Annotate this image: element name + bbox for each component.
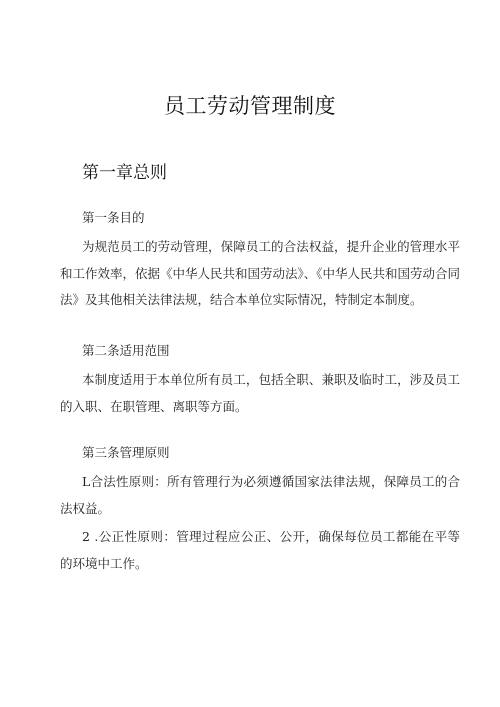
article-scope: 第二条适用范围 本制度适用于本单位所有员工，包括全职、兼职及临时工，涉及员工的入…	[60, 341, 460, 420]
article-heading: 第三条管理原则	[60, 443, 460, 463]
chapter-heading: 第一章总则	[82, 158, 167, 183]
article-paragraph: L合法性原则：所有管理行为必须遵循国家法律法规，保障员工的合法权益。	[60, 469, 460, 522]
article-paragraph: 2 .公正性原则：管理过程应公正、公开，确保每位员工都能在平等的环境中工作。	[60, 524, 460, 577]
document-title: 员工劳动管理制度	[0, 90, 500, 120]
article-heading: 第一条目的	[60, 208, 460, 228]
article-heading: 第二条适用范围	[60, 341, 460, 361]
article-purpose: 第一条目的 为规范员工的劳动管理，保障员工的合法权益，提升企业的管理水平和工作效…	[60, 208, 460, 314]
article-paragraph: 为规范员工的劳动管理，保障员工的合法权益，提升企业的管理水平和工作效率，依据《中…	[60, 234, 460, 314]
article-principles: 第三条管理原则 L合法性原则：所有管理行为必须遵循国家法律法规，保障员工的合法权…	[60, 443, 460, 577]
article-paragraph: 本制度适用于本单位所有员工，包括全职、兼职及临时工，涉及员工的入职、在职管理、离…	[60, 367, 460, 420]
